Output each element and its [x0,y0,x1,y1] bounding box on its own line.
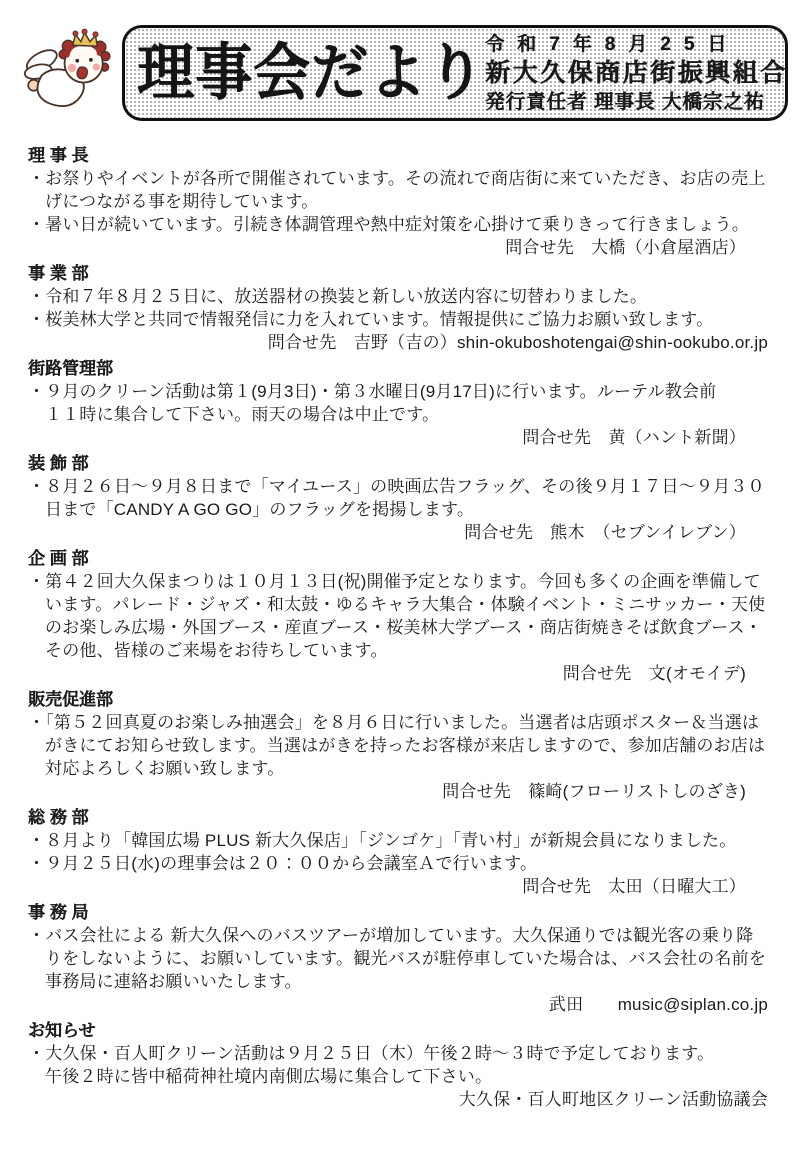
section-notice: お知らせ ・大久保・百人町クリーン活動は９月２５日（木）午後２時～３時で予定して… [28,1019,770,1111]
section-secretariat: 事 務 局 ・バス会社による 新大久保へのバスツアーが増加しています。大久保通り… [28,901,770,1016]
section-general-affairs: 総 務 部 ・８月より「韓国広場 PLUS 新大久保店」「ジンゴケ」「青い村」が… [28,806,770,898]
section-title: 販売促進部 [28,688,770,711]
section-title: 事 業 部 [28,262,770,285]
section-contact: 大久保・百人町地区クリーン活動協議会 [28,1088,770,1111]
section-contact: 問合せ先 篠崎(フローリストしのざき) [28,780,770,803]
section-chairman: 理 事 長 ・お祭りやイベントが各所で開催されています。その流れで商店街に来てい… [28,144,770,259]
banner-publication-info: 令和7年8月25日 新大久保商店街振興組合 発行責任者 理事長 大橋宗之祐 [485,32,788,115]
publisher-line: 発行責任者 理事長 大橋宗之祐 [485,89,788,115]
section-item: ・９月２５日(水)の理事会は２０：００から会議室Ａで行います。 [28,852,770,875]
section-contact: 問合せ先 大橋（小倉屋酒店） [28,236,770,259]
organization-name: 新大久保商店街振興組合 [485,58,788,89]
section-contact: 問合せ先 太田（日曜大工） [28,875,770,898]
section-item: ・桜美林大学と共同で情報発信に力を入れています。情報提供にご協力お願い致します。 [28,308,770,331]
section-contact: 問合せ先 熊木 （セブンイレブン） [28,521,770,544]
section-item: ・お祭りやイベントが各所で開催されています。その流れで商店街に来ていただき、お店… [28,167,770,213]
section-street-management: 街路管理部 ・９月のクリーン活動は第１(9月3日)・第３水曜日(9月17日)に行… [28,357,770,449]
section-title: 装 飾 部 [28,452,770,475]
newsletter-body: 理 事 長 ・お祭りやイベントが各所で開催されています。その流れで商店街に来てい… [0,121,800,1111]
section-title: 総 務 部 [28,806,770,829]
section-decoration: 装 飾 部 ・８月２６日～９月８日まで「マイユース」の映画広告フラッグ、その後９… [28,452,770,544]
section-contact: 武田 music@siplan.co.jp [28,993,770,1016]
section-sales-promotion: 販売促進部 ・「第５２回真夏のお楽しみ抽選会」を８月６日に行いました。当選者は店… [28,688,770,803]
section-item: ・バス会社による 新大久保へのバスツアーが増加しています。大久保通りでは観光客の… [28,924,770,993]
angel-mascot-icon [20,28,120,118]
section-title: お知らせ [28,1019,770,1042]
section-planning: 企 画 部 ・第４２回大久保まつりは１０月１３日(祝)開催予定となります。今回も… [28,547,770,685]
section-item: ・令和７年８月２５日に、放送器材の換装と新しい放送内容に切替わりました。 [28,285,770,308]
section-business: 事 業 部 ・令和７年８月２５日に、放送器材の換装と新しい放送内容に切替わりまし… [28,262,770,354]
section-item: ・大久保・百人町クリーン活動は９月２５日（木）午後２時～３時で予定しております。… [28,1042,770,1088]
issue-date: 令和7年8月25日 [485,32,788,58]
section-title: 理 事 長 [28,144,770,167]
section-contact: 問合せ先 吉野（吉の）shin-okuboshotengai@shin-ooku… [28,331,770,354]
section-title: 街路管理部 [28,357,770,380]
section-item: ・第４２回大久保まつりは１０月１３日(祝)開催予定となります。今回も多くの企画を… [28,570,770,662]
newsletter-title: 理事会だより [137,42,485,104]
section-contact: 問合せ先 黄（ハント新聞） [28,426,770,449]
section-item: ・９月のクリーン活動は第１(9月3日)・第３水曜日(9月17日)に行います。ルー… [28,380,770,426]
section-item: ・暑い日が続いています。引続き体調管理や熱中症対策を心掛けて乗りきって行きましょ… [28,213,770,236]
masthead: 理事会だより 令和7年8月25日 新大久保商店街振興組合 発行責任者 理事長 大… [20,25,788,121]
newsletter-banner: 理事会だより 令和7年8月25日 新大久保商店街振興組合 発行責任者 理事長 大… [122,25,788,121]
section-title: 企 画 部 [28,547,770,570]
section-item: ・８月２６日～９月８日まで「マイユース」の映画広告フラッグ、その後９月１７日～９… [28,475,770,521]
section-title: 事 務 局 [28,901,770,924]
section-contact: 問合せ先 文(オモイデ) [28,662,770,685]
section-item: ・８月より「韓国広場 PLUS 新大久保店」「ジンゴケ」「青い村」が新規会員にな… [28,829,770,852]
section-item: ・「第５２回真夏のお楽しみ抽選会」を８月６日に行いました。当選者は店頭ポスター＆… [28,711,770,780]
